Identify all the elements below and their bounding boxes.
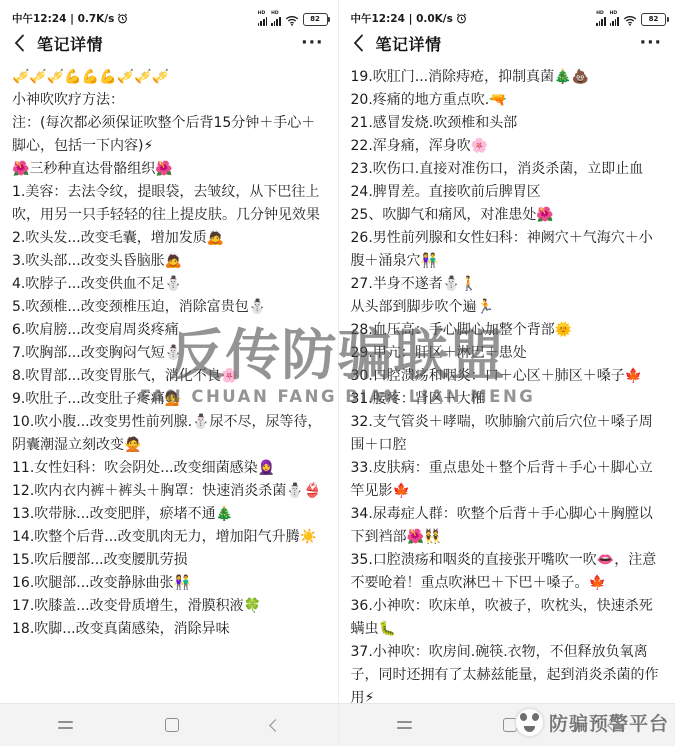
- note-line: 1.美容：去法令纹，提眼袋，去皱纹，从下巴往上吹，用另一只手轻轻的往上提皮肤。几…: [12, 181, 326, 227]
- note-line: 25、吹脚气和痛风，对准患处🌺: [351, 204, 665, 227]
- note-line: 27.半身不遂者⛄🚶: [351, 273, 665, 296]
- note-line: 小神吹吹疗方法：: [12, 89, 326, 112]
- note-content: 🎺🎺🎺💪💪💪🎺🎺🎺小神吹吹疗方法：注：(每次都必须保证吹整个后背15分钟＋手心＋…: [0, 60, 338, 641]
- signal-icon: HD: [271, 12, 280, 27]
- more-menu-button[interactable]: ···: [301, 38, 323, 48]
- note-line: 22.浑身痛，浑身吹🌸: [351, 135, 665, 158]
- right-screenshot: 中午12:24 | 0.0K/s HD HD 82: [338, 0, 675, 746]
- note-line: 31.腰疼：肾区＋大椎: [351, 388, 665, 411]
- note-line: 29.甲亢：肝区＋淋巴＋患处: [351, 342, 665, 365]
- composite-screenshot: 中午12:24 | 0.7K/s HD HD 82: [0, 0, 675, 746]
- page-title: 笔记详情: [37, 32, 103, 55]
- back-nav-icon[interactable]: [269, 719, 282, 732]
- note-line: 21.感冒发烧.吹颈椎和头部: [351, 112, 665, 135]
- note-line: 2.吹头发...改变毛囊，增加发质🙇: [12, 227, 326, 250]
- note-line: 36.小神吹：吹床单，吹被子，吹枕头，快速杀死螨虫🐛: [351, 595, 665, 641]
- recents-menu-icon[interactable]: [58, 721, 73, 728]
- note-line: 注：(每次都必须保证吹整个后背15分钟＋手心＋脚心，包括一下内容)⚡: [12, 112, 326, 158]
- note-line: 30.口腔溃疡和咽炎：口＋心区＋肺区＋嗓子🍁: [351, 365, 665, 388]
- back-button[interactable]: [14, 34, 25, 52]
- note-line: 35.口腔溃疡和咽炎的直接张开嘴吹一吹👄，注意不要呛着！重点吹淋巴＋下巴＋嗓子。…: [351, 549, 665, 595]
- note-line: 33.皮肤病：重点患处＋整个后背＋手心＋脚心立竿见影🍁: [351, 457, 665, 503]
- wifi-icon: [623, 15, 637, 26]
- badge-label: 防骗预警平台: [549, 709, 669, 736]
- note-line: 13.吹带脉...改变肥胖，瘀堵不通🎄: [12, 503, 326, 526]
- signal-icon: HD: [258, 12, 267, 27]
- note-content: 19.吹肛门...消除痔疮，抑制真菌🎄💩20.疼痛的地方重点吹.🔫21.感冒发烧…: [339, 60, 675, 733]
- nav-bar: 笔记详情 ···: [339, 26, 675, 60]
- note-line: 19.吹肛门...消除痔疮，抑制真菌🎄💩: [351, 66, 665, 89]
- note-line: 14.吹整个后背...改变肌肉无力，增加阳气升腾☀️: [12, 526, 326, 549]
- note-line: 24.脾胃差。直接吹前后脾胃区: [351, 181, 665, 204]
- note-line: 16.吹腿部...改变静脉曲张👫: [12, 572, 326, 595]
- note-line: 从头部到脚步吹个遍🏃: [351, 296, 665, 319]
- left-screenshot: 中午12:24 | 0.7K/s HD HD 82: [0, 0, 338, 746]
- note-line: 8.吹胃部...改变胃胀气，消化不良🌸: [12, 365, 326, 388]
- note-line: 11.女性妇科：吹会阴处...改变细菌感染🧕: [12, 457, 326, 480]
- note-line: 34.尿毒症人群：吹整个后背＋手心脚心＋胸膛以下到裆部🌺👯: [351, 503, 665, 549]
- fraud-alert-badge: 防骗预警平台: [515, 708, 669, 737]
- home-icon[interactable]: [165, 718, 179, 732]
- recents-menu-icon[interactable]: [397, 721, 412, 728]
- signal-icon: HD: [596, 12, 605, 27]
- wifi-icon: [285, 15, 299, 26]
- back-button[interactable]: [353, 34, 364, 52]
- note-line: 32.支气管炎＋哮喘，吹肺腧穴前后穴位＋嗓子周围＋口腔: [351, 411, 665, 457]
- note-line: 15.吹后腰部...改变腰肌劳损: [12, 549, 326, 572]
- note-line: 🌺三秒种直达骨骼组织🌺: [12, 158, 326, 181]
- note-line: 9.吹肚子...改变肚子疼痛💁: [12, 388, 326, 411]
- more-menu-button[interactable]: ···: [640, 38, 662, 48]
- page-title: 笔记详情: [376, 32, 442, 55]
- battery-icon: 82: [641, 13, 666, 26]
- signal-icon: HD: [610, 12, 619, 27]
- note-line: 3.吹头部...改变头昏脑胀🙇: [12, 250, 326, 273]
- note-line: 26.男性前列腺和女性妇科：神阙穴＋气海穴＋小腹＋涌泉穴👫: [351, 227, 665, 273]
- note-line: 4.吹脖子...改变供血不足⛄: [12, 273, 326, 296]
- note-line: 28.血压高：手心脚心加整个背部🌞: [351, 319, 665, 342]
- note-line: 23.吹伤口.直接对准伤口，消炎杀菌，立即止血: [351, 158, 665, 181]
- note-line: 37.小神吹：吹房间.碗筷.衣物，不但释放负氧离子，同时还拥有了太赫兹能量，起到…: [351, 641, 665, 710]
- status-bar: 中午12:24 | 0.7K/s HD HD 82: [0, 0, 338, 26]
- note-line: 18.吹脚...改变真菌感染，消除异味: [12, 618, 326, 641]
- note-line: 6.吹肩膀...改变肩周炎疼痛: [12, 319, 326, 342]
- note-line: 12.吹内衣内裤＋裤头＋胸罩：快速消炎杀菌⛄👙: [12, 480, 326, 503]
- nav-bar: 笔记详情 ···: [0, 26, 338, 60]
- fraud-platform-logo-icon: [515, 708, 544, 737]
- note-line: 🎺🎺🎺💪💪💪🎺🎺🎺: [12, 66, 326, 89]
- note-line: 5.吹颈椎...改变颈椎压迫，消除富贵包⛄: [12, 296, 326, 319]
- note-line: 17.吹膝盖...改变骨质增生，滑膜积液🍀: [12, 595, 326, 618]
- status-bar: 中午12:24 | 0.0K/s HD HD 82: [339, 0, 675, 26]
- alarm-icon: [456, 13, 467, 24]
- status-time-speed: 中午12:24 | 0.7K/s: [12, 11, 114, 26]
- alarm-icon: [117, 13, 128, 24]
- note-line: 10.吹小腹...改变男性前列腺.⛄尿不尽，尿等待，阴囊潮湿立刻改变🙅: [12, 411, 326, 457]
- note-line: 20.疼痛的地方重点吹.🔫: [351, 89, 665, 112]
- note-line: 7.吹胸部...改变胸闷气短⛄: [12, 342, 326, 365]
- status-time-speed: 中午12:24 | 0.0K/s: [351, 11, 453, 26]
- android-nav-bar: [0, 703, 338, 746]
- battery-icon: 82: [303, 13, 328, 26]
